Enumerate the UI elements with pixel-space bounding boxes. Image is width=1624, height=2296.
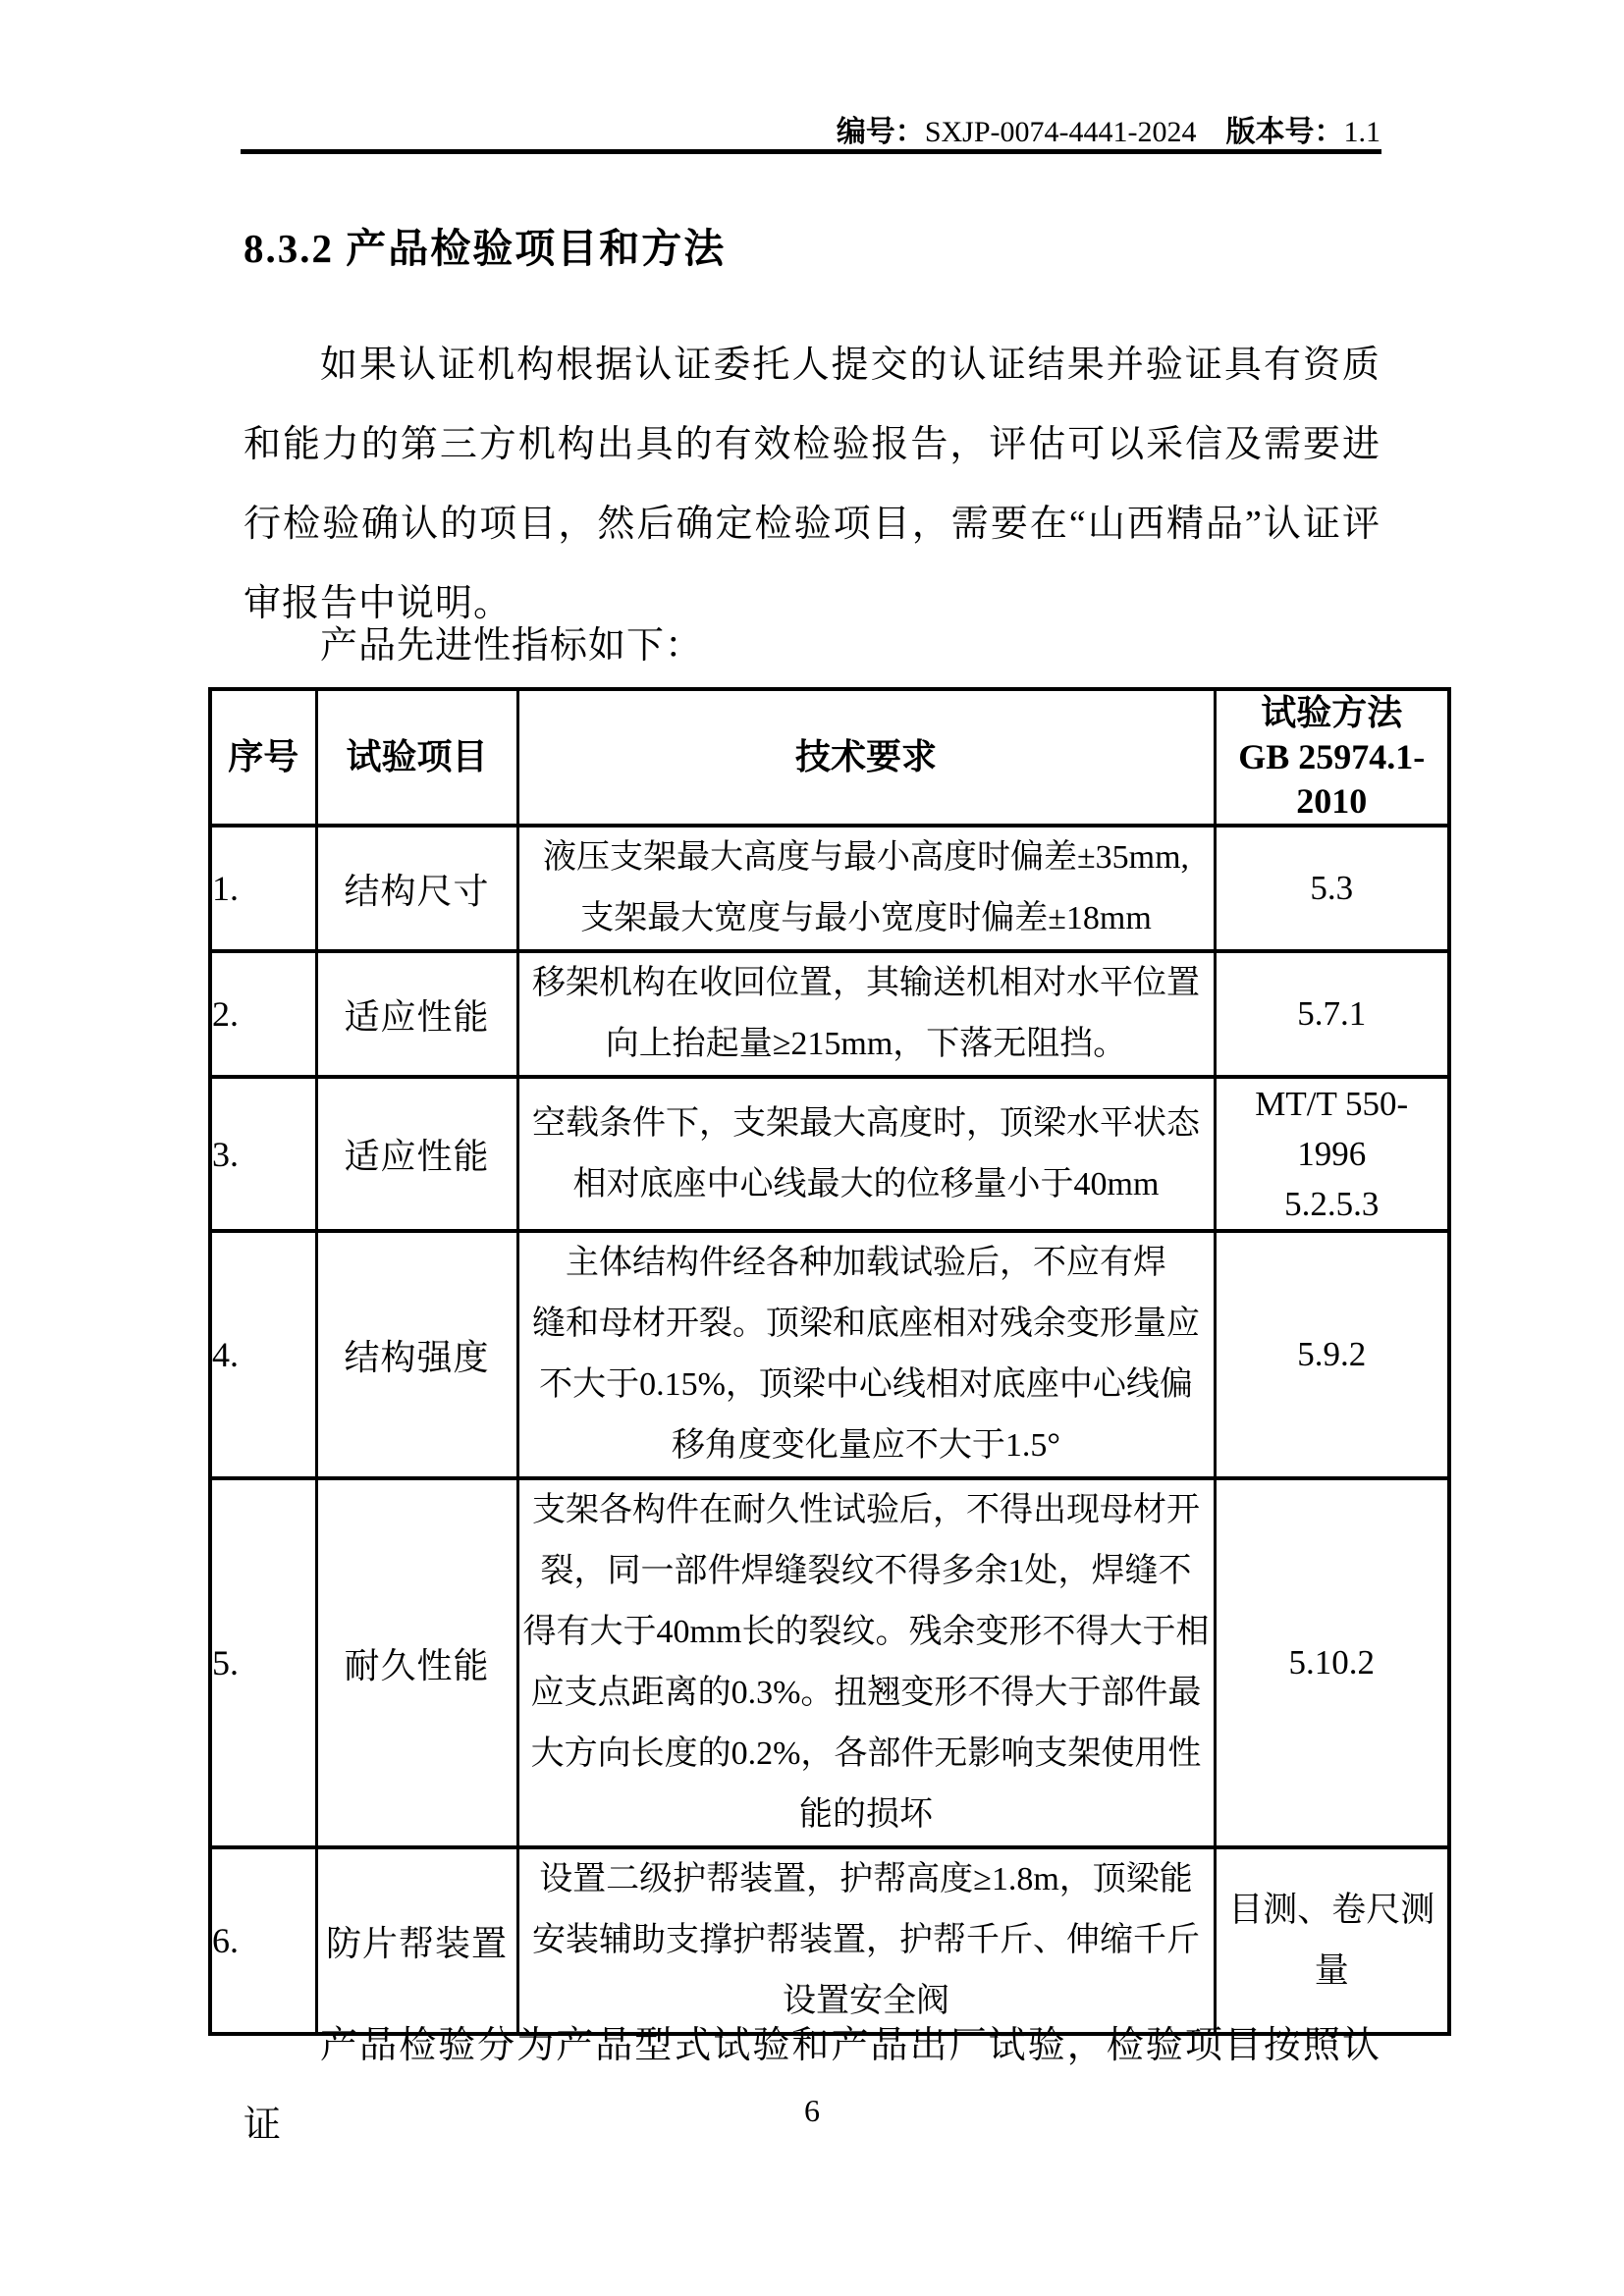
cell-no: 2. (210, 951, 316, 1077)
page-number: 6 (0, 2093, 1624, 2129)
cell-requirement: 液压支架最大高度与最小高度时偏差±35mm, 支架最大宽度与最小宽度时偏差±18… (517, 826, 1215, 951)
section-title: 8.3.2 产品检验项目和方法 (244, 224, 726, 273)
header-divider-rule (241, 149, 1381, 154)
document-header: 编号：SXJP-0074-4441-2024版本号：1.1 (244, 116, 1380, 149)
product-indicator-table: 序号 试验项目 技术要求 试验方法 GB 25974.1- 2010 1. 结构… (208, 687, 1451, 2036)
cell-item: 适应性能 (316, 951, 517, 1077)
cell-no: 5. (210, 1478, 316, 1847)
cell-method: MT/T 550- 1996 5.2.5.3 (1215, 1077, 1449, 1231)
cell-requirement: 移架机构在收回位置，其输送机相对水平位置 向上抬起量≥215mm，下落无阻挡。 (517, 951, 1215, 1077)
cell-method: 5.3 (1215, 826, 1449, 951)
version-label: 版本号： (1226, 116, 1344, 148)
table-row: 2. 适应性能 移架机构在收回位置，其输送机相对水平位置 向上抬起量≥215mm… (210, 951, 1449, 1077)
doc-number-label: 编号： (837, 116, 925, 148)
doc-number-value: SXJP-0074-4441-2024 (925, 116, 1197, 148)
header-cell-no: 序号 (210, 689, 316, 826)
table-row: 3. 适应性能 空载条件下，支架最大高度时，顶梁水平状态 相对底座中心线最大的位… (210, 1077, 1449, 1231)
cell-item: 耐久性能 (316, 1478, 517, 1847)
cell-requirement: 主体结构件经各种加载试验后，不应有焊 缝和母材开裂。顶梁和底座相对残余变形量应 … (517, 1231, 1215, 1478)
table-header-row: 序号 试验项目 技术要求 试验方法 GB 25974.1- 2010 (210, 689, 1449, 826)
table-row: 1. 结构尺寸 液压支架最大高度与最小高度时偏差±35mm, 支架最大宽度与最小… (210, 826, 1449, 951)
cell-item: 结构尺寸 (316, 826, 517, 951)
header-cell-requirement: 技术要求 (517, 689, 1215, 826)
cell-item: 适应性能 (316, 1077, 517, 1231)
cell-no: 4. (210, 1231, 316, 1478)
cell-no: 3. (210, 1077, 316, 1231)
table-row: 4. 结构强度 主体结构件经各种加载试验后，不应有焊 缝和母材开裂。顶梁和底座相… (210, 1231, 1449, 1478)
table-row: 5. 耐久性能 支架各构件在耐久性试验后，不得出现母材开 裂，同一部件焊缝裂纹不… (210, 1478, 1449, 1847)
cell-no: 1. (210, 826, 316, 951)
cell-method: 5.9.2 (1215, 1231, 1449, 1478)
header-cell-method: 试验方法 GB 25974.1- 2010 (1215, 689, 1449, 826)
document-page: 编号：SXJP-0074-4441-2024版本号：1.1 8.3.2 产品检验… (0, 0, 1624, 2296)
cell-requirement: 支架各构件在耐久性试验后，不得出现母材开 裂，同一部件焊缝裂纹不得多余1处，焊缝… (517, 1478, 1215, 1847)
paragraph-inspection-types: 产品检验分为产品型式试验和产品出厂试验，检验项目按照认证 (244, 2006, 1380, 2165)
cell-method: 5.10.2 (1215, 1478, 1449, 1847)
paragraph-indicator-lead-in: 产品先进性指标如下： (244, 616, 1380, 675)
cell-method: 5.7.1 (1215, 951, 1449, 1077)
cell-requirement: 空载条件下，支架最大高度时，顶梁水平状态 相对底座中心线最大的位移量小于40mm (517, 1077, 1215, 1231)
paragraph-certification-intro: 如果认证机构根据认证委托人提交的认证结果并验证具有资质和能力的第三方机构出具的有… (244, 326, 1380, 644)
version-value: 1.1 (1344, 116, 1381, 148)
header-cell-item: 试验项目 (316, 689, 517, 826)
cell-item: 结构强度 (316, 1231, 517, 1478)
